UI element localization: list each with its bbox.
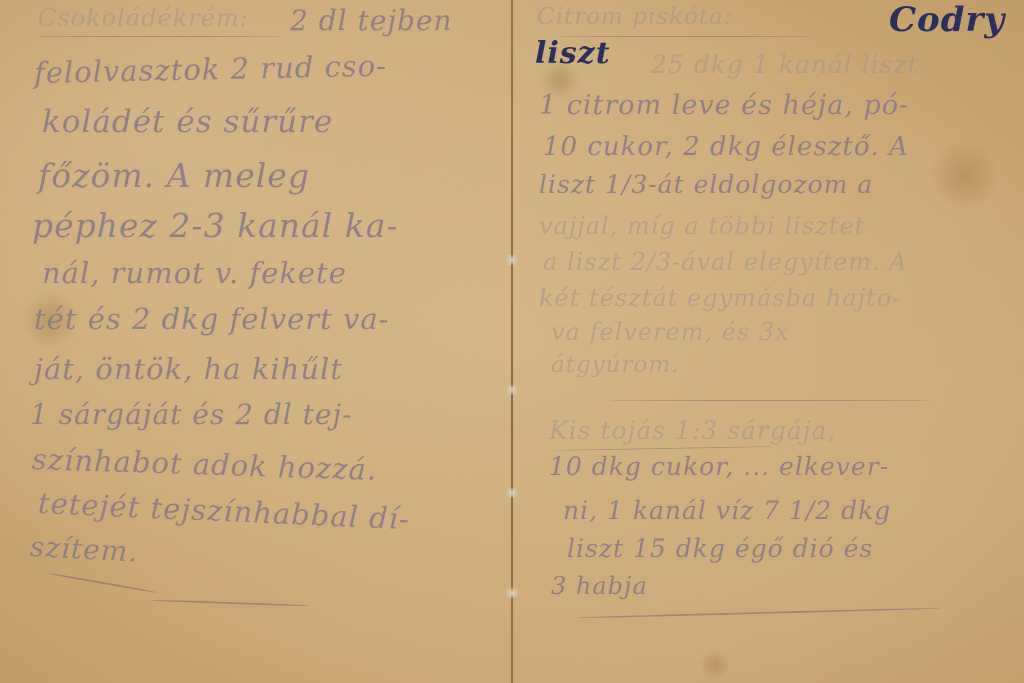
recipe-line: péphez 2-3 kanál ka- [32,206,399,245]
recipe-line: 10 dkg cukor, ... elkever- [549,452,889,481]
recipe-line: színhabot adok hozzá. [31,442,377,487]
recipe-line: liszt 15 dkg égő dió és [567,534,873,563]
recipe-title: Citrom piskóta: [537,4,733,30]
recipe-line: vajjal, míg a többi lisztet [539,212,865,240]
recipe-line: átgyúrom. [551,352,679,378]
recipe-line: felolvasztok 2 rud cso- [34,49,388,90]
end-divider [577,607,941,619]
notebook-spread: Csokoládékrém: 2 dl tejben felolvasztok … [0,0,1024,683]
recipe-line: ját, öntök, ha kihűlt [34,352,343,386]
recipe-line: tét és 2 dkg felvert va- [34,302,389,336]
title-underline [36,36,280,37]
recipe-line: 3 habja [551,572,648,600]
recipe-line: nál, rumot v. fekete [42,256,347,290]
recipe-line: liszt 1/3-át eldolgozom a [539,170,873,199]
end-divider [150,599,310,607]
recipe-line: Kis tojás 1:3 sárgája, [549,416,836,445]
recipe-line: 2 dl tejben [290,4,453,37]
recipe-line: koládét és sűrűre [42,104,333,140]
recipe-line: 1 citrom leve és héja, pó- [539,90,909,121]
ink-annotation-margin: liszt [535,36,611,71]
section-divider [553,446,773,451]
left-page: Csokoládékrém: 2 dl tejben felolvasztok … [0,0,512,683]
section-divider [609,400,929,401]
end-divider [49,572,158,593]
recipe-line: 25 dkg 1 kanál liszt [651,50,919,79]
recipe-line: két tésztát egymásba hajto- [539,284,901,312]
recipe-line: va felverem, és 3x [551,318,790,346]
recipe-line: tetejét tejszínhabbal dí- [37,486,410,536]
recipe-line: ni, 1 kanál víz 7 1/2 dkg [563,496,891,525]
recipe-line: a liszt 2/3-ával elegyítem. A [543,248,908,276]
ink-annotation-top: Codry [889,0,1005,40]
right-page: Citrom piskóta: Codry liszt 25 dkg 1 kan… [513,0,1024,683]
recipe-line: 10 cukor, 2 dkg élesztő. A [543,132,909,162]
recipe-line: főzöm. A meleg [38,156,310,195]
recipe-title: Csokoládékrém: [38,4,249,32]
recipe-line: szítem. [29,530,139,569]
recipe-line: 1 sárgáját és 2 dl tej- [30,398,353,431]
